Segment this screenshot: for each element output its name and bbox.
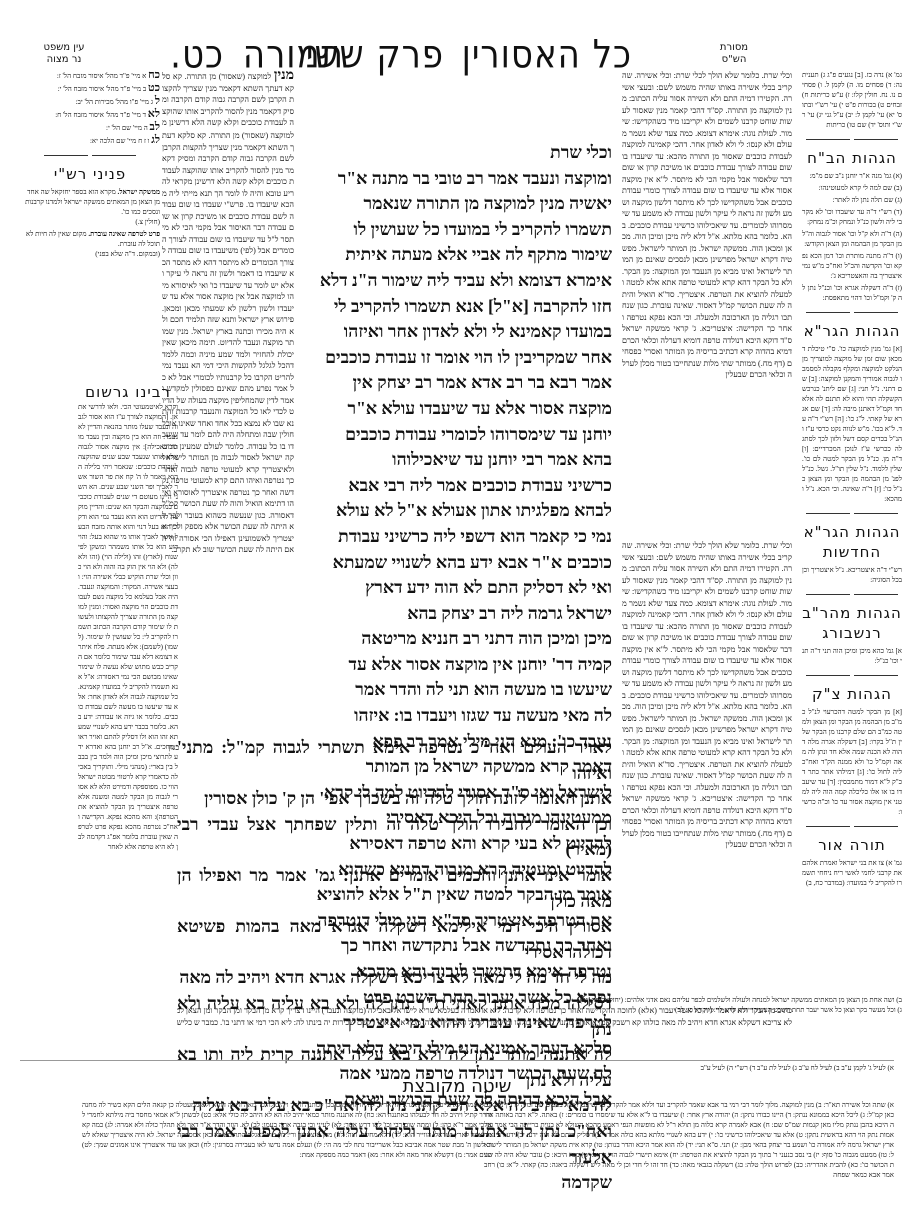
gemara-line: לה מאי מעשה עד שגזו ויעבדו בו: איזהו xyxy=(300,703,612,729)
rabbeinu-gershom-title: רבינו גרשום xyxy=(78,382,178,402)
ein-mishpat-entry: לג ו ז ח מיי' שם הלכה יא: xyxy=(20,135,160,146)
ein-mishpat-text: א מיי' פ"ד מהל' איסור מזבח הל' ז: xyxy=(57,72,146,80)
ornament-divider xyxy=(802,307,902,317)
ein-mishpat-entry: ל ג מיי' פ"ו מהל' מכירות הל' יב: xyxy=(20,96,160,107)
ein-mishpat-entry: כח א מיי' פ"ד מהל' איסור מזבח הל' ז: xyxy=(20,70,160,81)
pnei-rashi-head: פרט לטרפה שאינה עוברת. xyxy=(88,230,160,238)
gemara-line: תשמרו להקריב לי במועדו כל שעושין לו xyxy=(300,217,612,243)
hagahot-bach-item: (א) גמ' מנה א"ר יוחנן נ"ב שם מ"מ: xyxy=(802,171,902,181)
tzk-title: הגהות צ"ק xyxy=(802,684,902,704)
shitah-mekubetzet-right-column: א) שתה וכל אשירה תא"ר: ב) מנין למוקצה. מ… xyxy=(484,1100,894,1195)
gemara-line: שיעשו בו מעשה הוא תני לה והדר אמר xyxy=(300,677,612,703)
gemara-line: וכן האומר לחבירו הולך טלה זה ותלין שפחתך… xyxy=(177,812,612,863)
label-line: עין משפט xyxy=(34,42,94,54)
commentary-continuation: כתיב מן הבקר ולא ליאמר ליה כל אשר יעבור … xyxy=(177,1005,792,1045)
gemara-line: לאויר העולם ואח"כ נטרפה אימא תשתרי לגבוה… xyxy=(177,735,612,786)
rabbeinu-gershom-column: וקרא לאיטמעוטי הכי. ולאו לדרשי אתאן. [המ… xyxy=(78,402,178,1057)
ornament-divider xyxy=(802,821,902,831)
ein-mishpat-entry: לא ד מיי' פ"ד מהל' איסור מזבח הל' ח: xyxy=(20,109,160,120)
ein-mishpat-num: לא xyxy=(148,108,160,120)
gemara-line: וכלי שרת xyxy=(300,140,612,166)
gemara-line: שימור מתקף לה אביי אלא מעתה איתית xyxy=(300,242,612,268)
ein-mishpat-entry: כט ב מיי' פ"ד מהל' איסור מזבח הל' י: xyxy=(20,83,160,94)
tosafot-text: וכלי שרת. כלומר שלא הולך לכלי שרת: וכלי … xyxy=(622,71,792,379)
gemara-line: מיכן ומיכן הוה דתני רב חנניא מריטאה xyxy=(300,626,612,652)
ein-mishpat-label: עין משפט נר מצוה xyxy=(34,42,94,66)
gemara-line: ישראל גרמה ליה רב יצחק בהא xyxy=(300,601,612,627)
pnei-rashi-head: ממשקה ישראל. xyxy=(117,188,160,196)
ein-mishpat-num: לג xyxy=(151,134,160,146)
ein-mishpat-text: ד מיי' פ"ד מהל' איסור מזבח הל' ח: xyxy=(55,111,146,119)
label-line: מסורת xyxy=(704,42,764,54)
pnei-rashi-source: (חולין צ.) xyxy=(20,217,160,227)
ornament-divider xyxy=(802,670,902,680)
hagahot-gra-text: [א] גמ' מנין למוקצה כו'. ס"י טיכלת דמכאן… xyxy=(802,344,902,504)
hagahot-gra-hadashot-text: רש"י ד"ה איצטריכא. נ"ל איצטריך וכן בכל ה… xyxy=(802,565,902,585)
ein-mishpat-text: ו ז ח מיי' שם הלכה יא: xyxy=(90,137,150,145)
torah-or-item: גמ' א) צו את בני ישראל ואמרת אלהם את קרב… xyxy=(802,858,902,888)
ein-mishpat-num: כט xyxy=(148,82,160,94)
hagahot-bach-item: (ו) ד"ה מתנה מותרת וכו' דמן הכא נפקא וכו… xyxy=(802,251,902,281)
ornament-divider xyxy=(20,150,160,160)
label-line: הש"ס xyxy=(704,54,764,66)
gemara-line: קמיה דר' יוחנן אין מוקצה אסור אלא עד xyxy=(300,652,612,678)
bottom-divider xyxy=(20,1060,894,1061)
label-line: נר מצוה xyxy=(34,54,94,66)
gemara-line: אמר רבא בר רב אדא אמר רב יצחק אין xyxy=(300,370,612,396)
gemara-line: חזו להקרבה [א"ל] אנא תשמרו להקריב לי xyxy=(300,294,612,320)
hagahot-bach-title: הגהות הב"ח xyxy=(802,148,902,168)
gemara-line: אימרא דצומא ולא עביד ליה שימור ה"נ דלא xyxy=(300,268,612,294)
tosafot-column: וכלי שרת. כלומר שלא הולך לכלי שרת: וכלי … xyxy=(622,70,792,540)
hagahot-gra-title: הגהות הגר"א xyxy=(802,321,902,341)
gemara-line: אחר שמקריבין לו הוי אומר זו עבודת כוכבים xyxy=(300,345,612,371)
torah-or-title: תורה אור xyxy=(802,835,902,855)
hagahot-gra-hadashot-title: הגהות הגר"א החדשות xyxy=(802,522,902,562)
masoret-text: גמ' א) נדה כז. [ב] נגעים פ"ג ג) תענית נה… xyxy=(802,70,902,130)
footer-note: א) לעיל ג' לקמן ע"ב ב) לעיל לח ע"ב ג) לע… xyxy=(20,1063,894,1073)
shitah-mekubetzet-left-column: ונכלן אמרי ולא גריכא ראמר אגרא חד אריוב … xyxy=(82,1100,492,1185)
gemara-line: יאשיה מנין למוקצה מן התורה שנאמר xyxy=(300,191,612,217)
rashi-tosafot-top-band xyxy=(182,70,612,140)
daf-number: כט. xyxy=(170,35,224,74)
gemara-line: כוכבים א"ר אבא ידע בהא לשנויי שמעתא xyxy=(300,550,612,576)
hagahot-bach-item: (ה) ד"ה ולא ק"ל וכו' אסור לגבוה וה"ל מן … xyxy=(802,229,902,249)
ein-mishpat-num: ל xyxy=(155,95,160,107)
maharshbur-text: א] גמ' כהא מיכן ומיכן הוה תני ד"ה תני וכ… xyxy=(802,646,902,666)
pnei-rashi-source: (ובמקום. ד"ה שלא בפני) xyxy=(20,249,160,259)
gemara-line: אתנן האומר לזונה הולך טלה זה בשכרך אפי' … xyxy=(177,786,612,812)
tosafot-column-lower: וכלי שרת. כלומר שלא הולך לכלי שרת: וכלי … xyxy=(622,540,792,985)
ornament-divider xyxy=(802,589,902,599)
masoret-hashas-column: גמ' א) נדה כז. [ב] נגעים פ"ג ג) תענית נה… xyxy=(802,70,902,990)
hagahot-bach-item: (ב) שם למה לי קרא למעוטינהו: xyxy=(802,183,902,193)
gemara-line: אסורין היכי דמי אילימא דשקלה אגרא מאה בה… xyxy=(177,914,612,965)
gemara-line: יוחנן עד שימסרוהו לכומרי עבודת כוכבים xyxy=(300,422,612,448)
gemara-line: בהא אמר רבי יוחנן עד שיאכילוהו xyxy=(300,447,612,473)
ein-mishpat-text: ה מיי' שם הל' י: xyxy=(106,124,148,132)
perek-name: כל האסורין xyxy=(462,35,632,74)
gemara-line: לבהא מפלגיתו אתון אעולא א"ל לא עולא xyxy=(300,498,612,524)
rashi-column: למוקצה (שאסור) מן התורה. קא סלקא דעתך הש… xyxy=(162,130,294,755)
shitah-mekubetzet-title: שיטה מקובצת xyxy=(0,1076,914,1097)
rabbeinu-gershom-text: וקרא לאיטמעוטי הכי. ולאו לדרשי אתאן. [המ… xyxy=(78,403,178,851)
rashi-text: למוקצה (שאסור) מן התורה. קא סלקא דעתך הש… xyxy=(162,131,294,554)
shitah-mekubetzet-text: א) שתה וכל אשירה תא"ר: ב) מנין למוקצה. מ… xyxy=(484,1101,894,1179)
ein-mishpat-num: לב xyxy=(150,121,160,133)
ornament-divider xyxy=(802,134,902,144)
gemara-line: מה לי חד מה לי מאה לא צריכא דשקלה אגרא ח… xyxy=(177,965,612,991)
shitah-mekubetzet-text: ונכלן אמרי ולא גריכא ראמר אגרא חד אריוב … xyxy=(82,1101,492,1159)
hagahot-bach-item: (ד) רש"י ד"ה עד שיעבדו וכו' לא מקרבי ליה… xyxy=(802,207,902,227)
gemara-line: במועדו קאמינא לי ולא לאדון אחר ואיזהו xyxy=(300,319,612,345)
tosafot-text: וכלי שרת. כלומר שלא הולך לכלי שרת: וכלי … xyxy=(622,541,792,849)
maharshbur-title: הגהות מהר"ב רנשבורג xyxy=(802,603,902,643)
ornament-divider xyxy=(802,508,902,518)
ein-mishpat-entry: לב ה מיי' שם הל' י: xyxy=(20,122,160,133)
ein-mishpat-column: כח א מיי' פ"ד מהל' איסור מזבח הל' ז: כט … xyxy=(20,70,160,261)
gemara-line: ומוקצה ונעבד אמר רב טובי בר מתנה א"ר xyxy=(300,166,612,192)
pnei-rashi-title: פניני רש"י xyxy=(20,164,160,184)
gemara-line: אומר אינו אתנן וחכמים אומרים אתנן: גמ' א… xyxy=(177,863,612,914)
rabbeinu-gershom-block: רבינו גרשום xyxy=(78,378,178,405)
ein-mishpat-text: ג מיי' פ"ו מהל' מכירות הל' יב: xyxy=(76,98,154,106)
commentary-line: לא צריכא דשקלא אגרא חדא ויהיב לה מאה כול… xyxy=(177,1017,792,1029)
pnei-rashi-entry: פרט לטרפה שאינה עוברת. מקום שאין לה חיות… xyxy=(20,229,160,259)
masoret-hashas-label: מסורת הש"ס xyxy=(704,42,764,66)
masechet-name: תמורה xyxy=(243,35,344,74)
pnei-rashi-entry: ממשקה ישראל. מקרא הוא בספר יחזקאל שה אחד… xyxy=(20,187,160,227)
commentary-line: כתיב מן הבקר ולא ליאמר ליה כל אשר יעבור … xyxy=(177,1005,792,1017)
tzk-text: [א] מן הבקר למטה דהכרעוי לנ"ל כמ"ב מן הב… xyxy=(802,707,902,817)
ein-mishpat-num: כח xyxy=(148,69,160,81)
hagahot-bach-item: (ג) שם תלה נתן לה לאתר: xyxy=(802,195,902,205)
gemara-line: נמי כי קאמר הוא דשפי ליה כרשיני עבודת xyxy=(300,524,612,550)
gemara-line: כרשיני עבודת כוכבים אמר ליה רבי אבא xyxy=(300,473,612,499)
hagahot-bach-item: (ז) ד"ה דשקלה אגרא וכו' וכנ"ל נתן לה ק' … xyxy=(802,283,902,303)
gemara-line: מוקצה אסור אלא עד שיעבדו עולא א"ר xyxy=(300,396,612,422)
gemara-line: ואי לא דסליק התם לא הוה ידע דארץ xyxy=(300,575,612,601)
ein-mishpat-text: ב מיי' פ"ד מהל' איסור מזבח הל' י: xyxy=(58,85,147,93)
